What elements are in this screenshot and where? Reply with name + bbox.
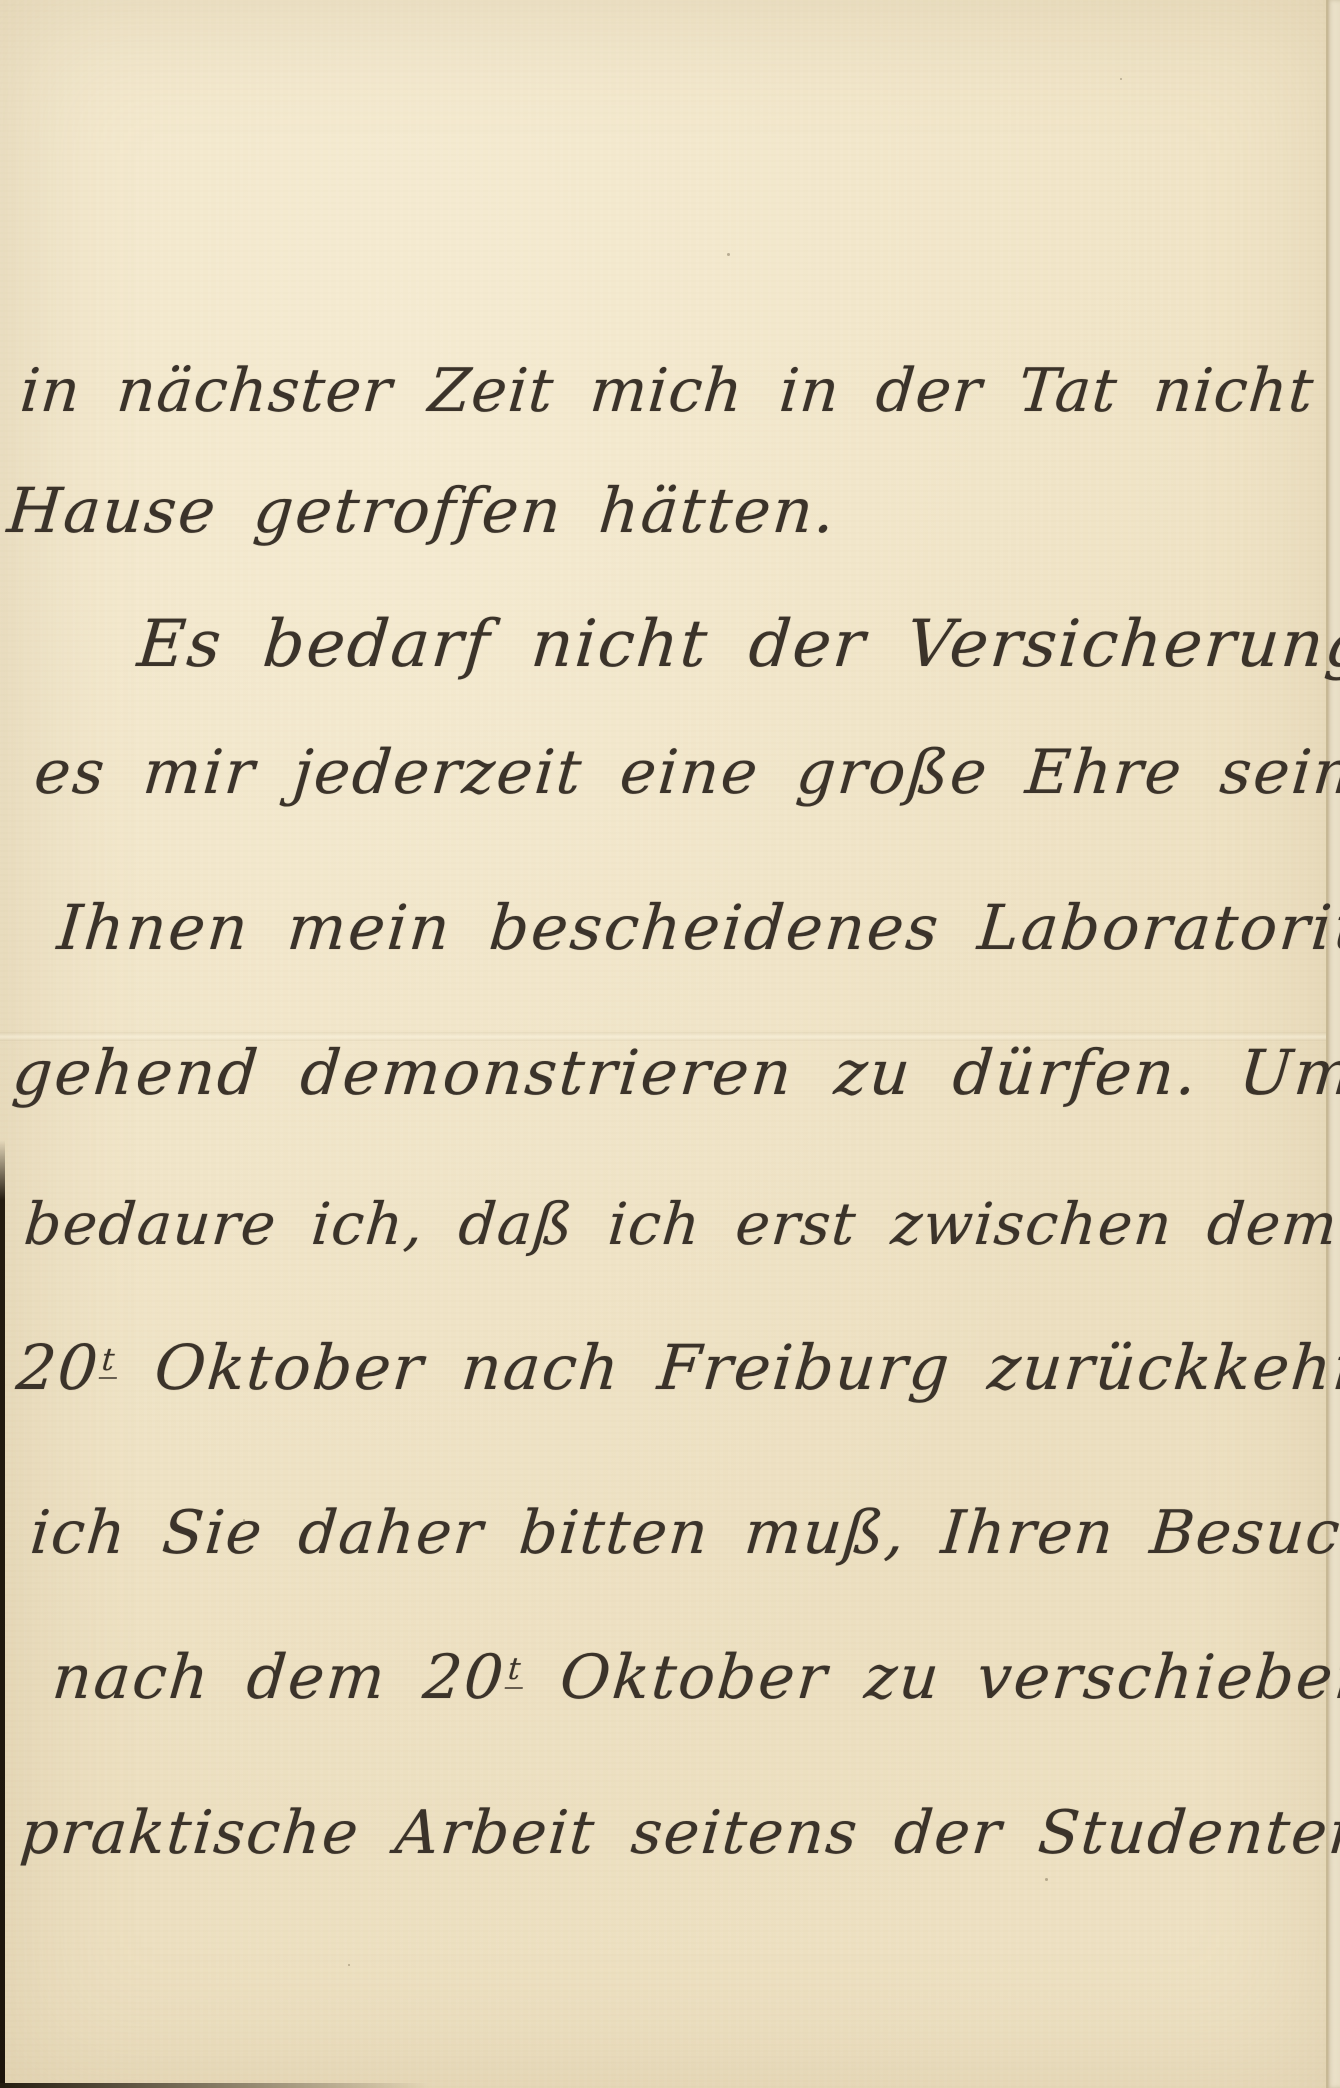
handwriting-line-9: ich Sie daher bitten muß, Ihren Besuch b…	[28, 1503, 1340, 1563]
letter-page: in nächster Zeit mich in der Tat nicht z…	[0, 0, 1340, 2088]
text-segment: in nächster Zeit mich in der Tat nicht z…	[18, 356, 1340, 426]
paper-speck	[348, 1964, 350, 1966]
paper-speck	[1120, 78, 1122, 80]
handwriting-line-10: nach dem 20t Oktober zu verschieben. Die	[50, 1647, 1340, 1708]
scan-left-edge-shadow	[0, 1140, 5, 2088]
handwriting-line-2: Hause getroffen hätten.	[5, 480, 839, 542]
handwriting-line-6: gehend demonstrieren zu dürfen. Um so me…	[10, 1042, 1340, 1104]
handwriting-line-1: in nächster Zeit mich in der Tat nicht z…	[18, 361, 1340, 421]
text-segment: bedaure ich, daß ich erst zwischen dem 1…	[22, 1190, 1340, 1258]
text-segment: nach dem 20	[50, 1642, 509, 1713]
text-segment: Ihnen mein bescheidenes Laboratorium ein…	[55, 891, 1340, 964]
paper-speck	[727, 253, 730, 256]
text-segment: gehend demonstrieren zu dürfen. Um so me…	[10, 1036, 1340, 1109]
text-segment: Oktober zu verschieben. Die	[521, 1642, 1340, 1713]
paper-speck	[243, 1519, 245, 1521]
text-segment: Oktober nach Freiburg zurückkehre und	[114, 1331, 1340, 1404]
handwriting-line-4: es mir jederzeit eine große Ehre sein wi…	[32, 742, 1340, 803]
paper-speck	[1045, 1878, 1048, 1881]
handwriting-line-5: Ihnen mein bescheidenes Laboratorium ein…	[55, 897, 1340, 959]
text-segment: 20	[14, 1331, 103, 1404]
handwriting-line-11: praktische Arbeit seitens der Studenten	[18, 1803, 1340, 1863]
superscript-segment: t	[504, 1655, 525, 1689]
text-segment: ich Sie daher bitten muß, Ihren Besuch b…	[28, 1498, 1340, 1568]
handwriting-line-8: 20t Oktober nach Freiburg zurückkehre un…	[14, 1337, 1340, 1399]
scan-bottom-edge-shadow	[0, 2083, 430, 2088]
text-segment: Es bedarf nicht der Versicherung, daß	[135, 607, 1340, 682]
superscript-segment: t	[98, 1345, 119, 1379]
text-segment: praktische Arbeit seitens der Studenten	[18, 1798, 1340, 1868]
handwriting-line-7: bedaure ich, daß ich erst zwischen dem 1…	[22, 1195, 1340, 1253]
text-segment: es mir jederzeit eine große Ehre sein wi…	[32, 737, 1340, 808]
handwriting-line-3: Es bedarf nicht der Versicherung, daß	[135, 612, 1340, 677]
text-segment: Hause getroffen hätten.	[5, 474, 840, 547]
